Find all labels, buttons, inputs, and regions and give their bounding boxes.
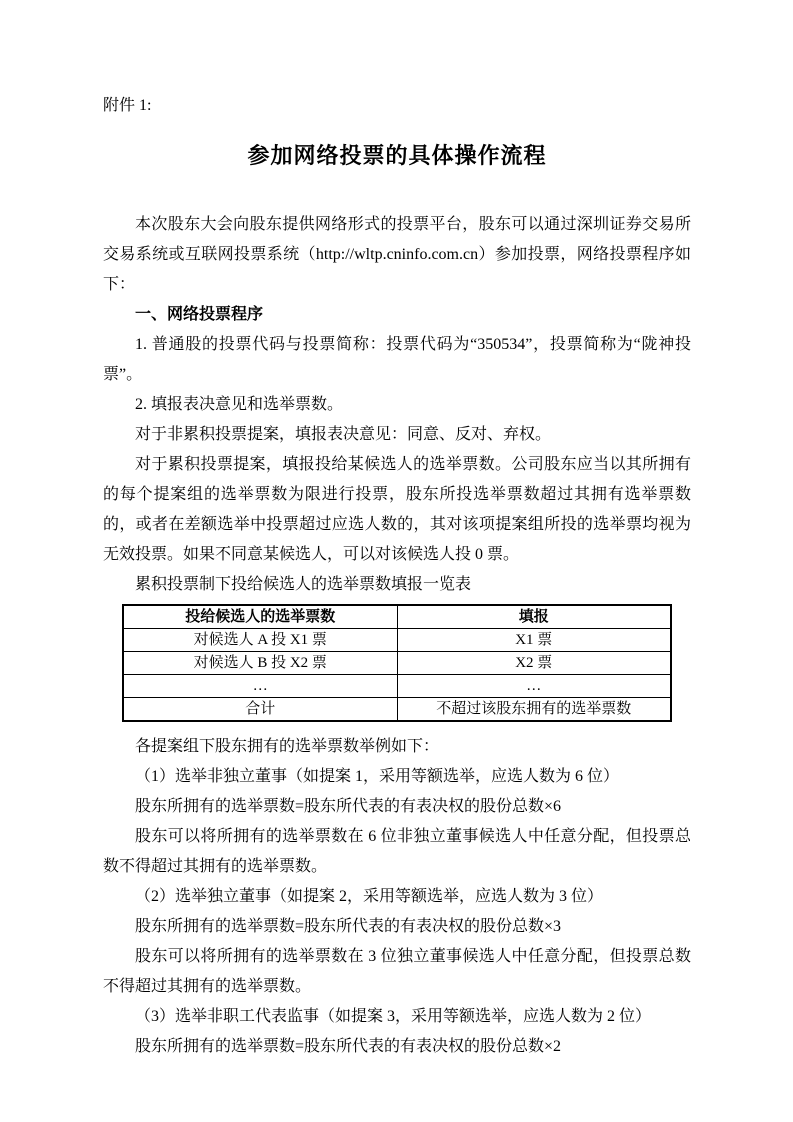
table-cell: … [397,675,671,698]
paragraph-example2-formula: 股东所拥有的选举票数=股东所代表的有表决权的股份总数×3 [103,912,691,942]
table-cell: X1 票 [397,629,671,652]
paragraph-examples-intro: 各提案组下股东拥有的选举票数举例如下： [103,732,691,762]
paragraph-example3-formula: 股东所拥有的选举票数=股东所代表的有表决权的股份总数×2 [103,1032,691,1062]
paragraph-example2-note: 股东可以将所拥有的选举票数在 3 位独立董事候选人中任意分配，但投票总数不得超过… [103,942,691,1002]
section1-heading: 一、网络投票程序 [103,300,691,330]
paragraph-example1-note: 股东可以将所拥有的选举票数在 6 位非独立董事候选人中任意分配，但投票总数不得超… [103,822,691,882]
table-caption: 累积投票制下投给候选人的选举票数填报一览表 [103,570,691,600]
table-cell: 对候选人 A 投 X1 票 [123,629,397,652]
attachment-label: 附件 1: [103,95,691,117]
table-row: … … [123,675,671,698]
paragraph-example2-title: （2）选举独立董事（如提案 2，采用等额选举，应选人数为 3 位） [103,882,691,912]
table-row: 对候选人 A 投 X1 票 X1 票 [123,629,671,652]
table-header-votes: 投给候选人的选举票数 [123,605,397,629]
paragraph-example3-title: （3）选举非职工代表监事（如提案 3，采用等额选举，应选人数为 2 位） [103,1002,691,1032]
table-cell: 合计 [123,698,397,722]
table-cell: 不超过该股东拥有的选举票数 [397,698,671,722]
table-cell: 对候选人 B 投 X2 票 [123,652,397,675]
document-page: 附件 1: 参加网络投票的具体操作流程 本次股东大会向股东提供网络形式的投票平台… [0,0,793,1122]
paragraph-cumulative: 对于累积投票提案，填报投给某候选人的选举票数。公司股东应当以其所拥有的每个提案组… [103,450,691,570]
paragraph-item1: 1. 普通股的投票代码与投票简称：投票代码为“350534”，投票简称为“陇神投… [103,330,691,390]
paragraph-example1-title: （1）选举非独立董事（如提案 1，采用等额选举，应选人数为 6 位） [103,762,691,792]
table-cell: X2 票 [397,652,671,675]
paragraph-non-cumulative: 对于非累积投票提案，填报表决意见：同意、反对、弃权。 [103,420,691,450]
paragraph-example1-formula: 股东所拥有的选举票数=股东所代表的有表决权的股份总数×6 [103,792,691,822]
paragraph-item2: 2. 填报表决意见和选举票数。 [103,390,691,420]
table-row: 对候选人 B 投 X2 票 X2 票 [123,652,671,675]
cumulative-vote-table: 投给候选人的选举票数 填报 对候选人 A 投 X1 票 X1 票 对候选人 B … [122,604,672,722]
table-header-fill: 填报 [397,605,671,629]
page-title: 参加网络投票的具体操作流程 [103,139,691,170]
table-row: 合计 不超过该股东拥有的选举票数 [123,698,671,722]
table-cell: … [123,675,397,698]
table-header-row: 投给候选人的选举票数 填报 [123,605,671,629]
paragraph-intro: 本次股东大会向股东提供网络形式的投票平台，股东可以通过深圳证券交易所交易系统或互… [103,210,691,300]
